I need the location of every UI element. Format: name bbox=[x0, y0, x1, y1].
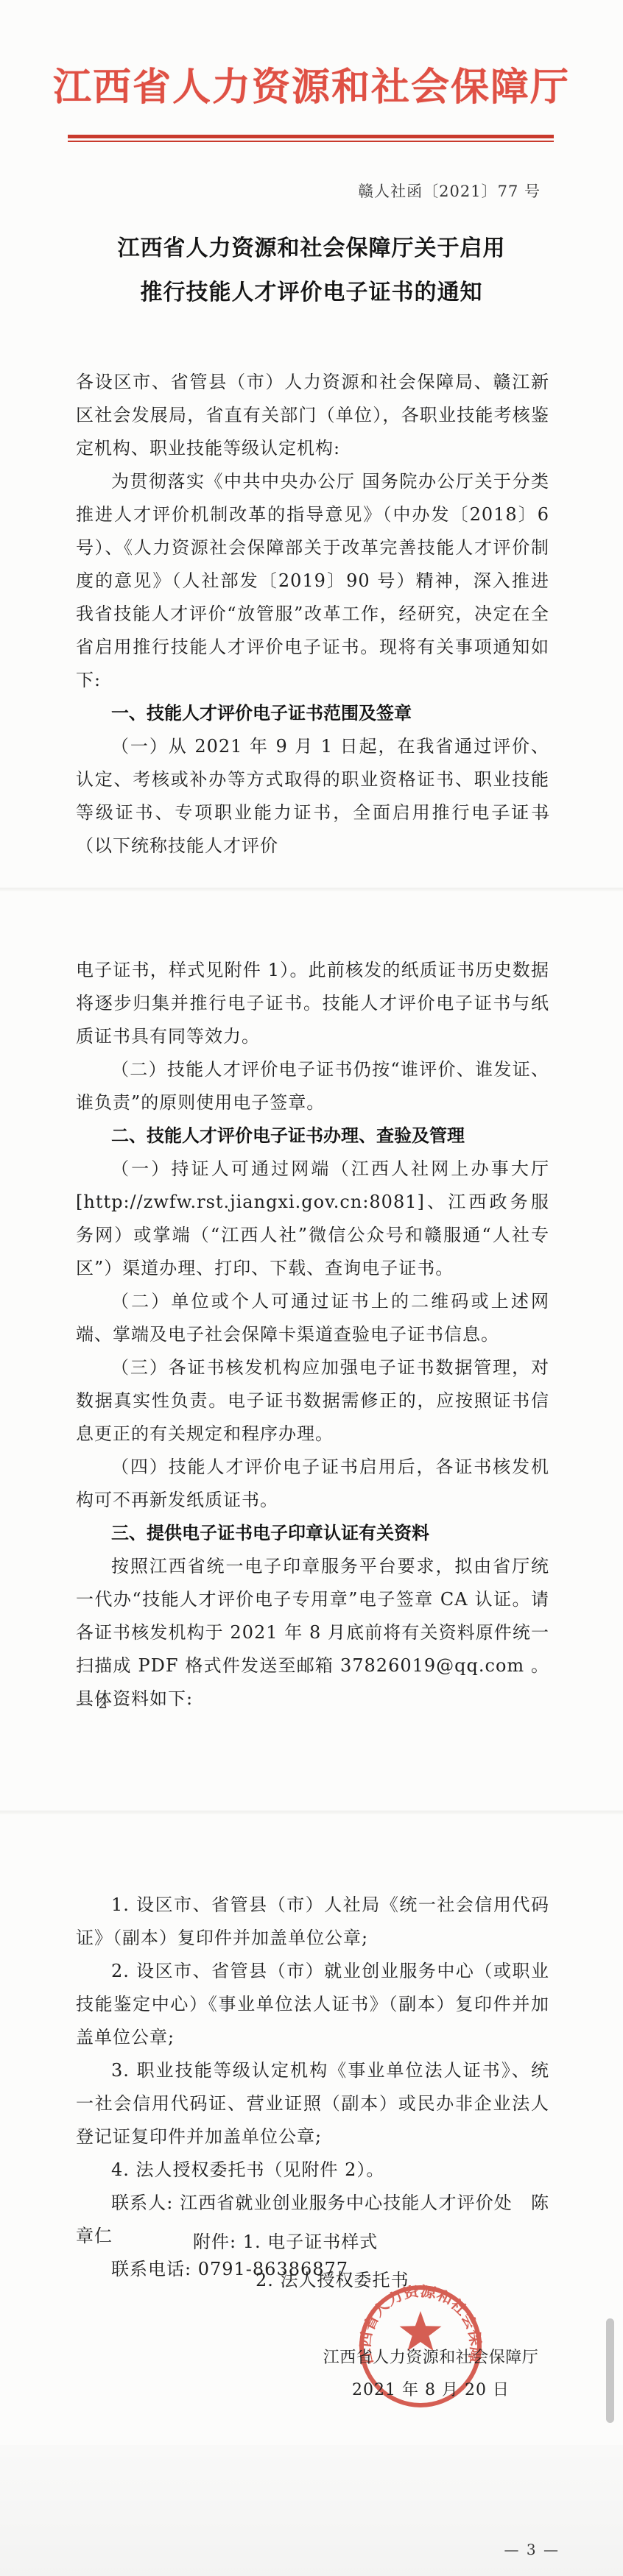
page1-body: 各设区市、省管县（市）人力资源和社会保障局、赣江新区社会发展局，省直有关部门（单… bbox=[76, 366, 549, 863]
signature-date: 2021 年 8 月 20 日 bbox=[335, 2377, 527, 2400]
page-seam-2 bbox=[0, 1811, 623, 1814]
scan-shadow bbox=[0, 2445, 623, 2576]
material-item-4: 4. 法人授权委托书（见附件 2）。 bbox=[76, 2154, 549, 2187]
intro-paragraph: 为贯彻落实《中共中央办公厅 国务院办公厅关于分类推进人才评价机制改革的指导意见》… bbox=[76, 465, 549, 697]
scope-item-2: （二）技能人才评价电子证书仍按“谁评价、谁发证、谁负责”的原则使用电子签章。 bbox=[76, 1053, 549, 1119]
page-seam-1 bbox=[0, 888, 623, 891]
document-number: 赣人社函〔2021〕77 号 bbox=[358, 180, 541, 202]
letterhead-rule-thick bbox=[68, 135, 554, 138]
notice-title-line1: 江西省人力资源和社会保障厅关于启用 bbox=[0, 230, 623, 262]
salutation: 各设区市、省管县（市）人力资源和社会保障局、赣江新区社会发展局，省直有关部门（单… bbox=[76, 366, 549, 465]
signature-authority: 江西省人力资源和社会保障厅 bbox=[309, 2345, 552, 2368]
section-heading-materials: 三、提供电子证书电子印章认证有关资料 bbox=[76, 1517, 549, 1550]
scope-item-1-continuation: 电子证书，样式见附件 1）。此前核发的纸质证书历史数据将逐步归集并推行电子证书。… bbox=[76, 954, 549, 1053]
attachment-line-1: 附件: 1. 电子证书样式 bbox=[193, 2227, 378, 2253]
page2-body: 电子证书，样式见附件 1）。此前核发的纸质证书历史数据将逐步归集并推行电子证书。… bbox=[76, 954, 549, 1716]
manage-item-1: （一）持证人可通过网端（江西人社网上办事大厅[http://zwfw.rst.j… bbox=[76, 1153, 549, 1285]
page3-body: 1. 设区市、省管县（市）人社局《统一社会信用代码证》（副本）复印件并加盖单位公… bbox=[76, 1889, 549, 2286]
scope-item-1: （一）从 2021 年 9 月 1 日起，在我省通过评价、认定、考核或补办等方式… bbox=[76, 730, 549, 863]
material-item-2: 2. 设区市、省管县（市）就业创业服务中心（或职业技能鉴定中心）《事业单位法人证… bbox=[76, 1955, 549, 2054]
attachment-item-1: 1. 电子证书样式 bbox=[243, 2232, 379, 2252]
manage-item-3: （三）各证书核发机构应加强电子证书数据管理，对数据真实性负责。电子证书数据需修正… bbox=[76, 1351, 549, 1451]
manage-item-2: （二）单位或个人可通过证书上的二维码或上述网端、掌端及电子社会保障卡渠道查验电子… bbox=[76, 1285, 549, 1351]
page-number-2: — 2 — bbox=[76, 1694, 131, 1712]
scanned-notice-document: 江西省人力资源和社会保障厅 赣人社函〔2021〕77 号 江西省人力资源和社会保… bbox=[0, 0, 623, 2576]
scrollbar-thumb[interactable] bbox=[606, 2318, 614, 2423]
material-item-1: 1. 设区市、省管县（市）人社局《统一社会信用代码证》（副本）复印件并加盖单位公… bbox=[76, 1889, 549, 1955]
section-heading-manage: 二、技能人才评价电子证书办理、查验及管理 bbox=[76, 1119, 549, 1153]
page-number-1: — 1 — bbox=[496, 805, 551, 823]
manage-item-4: （四）技能人才评价电子证书启用后，各证书核发机构可不再新发纸质证书。 bbox=[76, 1451, 549, 1517]
notice-title-line2: 推行技能人才评价电子证书的通知 bbox=[0, 274, 623, 306]
materials-intro: 按照江西省统一电子印章服务平台要求，拟由省厅统一代办“技能人才评价电子专用章”电… bbox=[76, 1550, 549, 1716]
material-item-3: 3. 职业技能等级认定机构《事业单位法人证书》、统一社会信用代码证、营业证照（副… bbox=[76, 2054, 549, 2154]
letterhead-rule-thin bbox=[68, 141, 554, 142]
attachment-label: 附件: bbox=[193, 2232, 236, 2252]
section-heading-scope: 一、技能人才评价电子证书范围及签章 bbox=[76, 697, 549, 730]
letterhead-title: 江西省人力资源和社会保障厅 bbox=[0, 56, 623, 111]
